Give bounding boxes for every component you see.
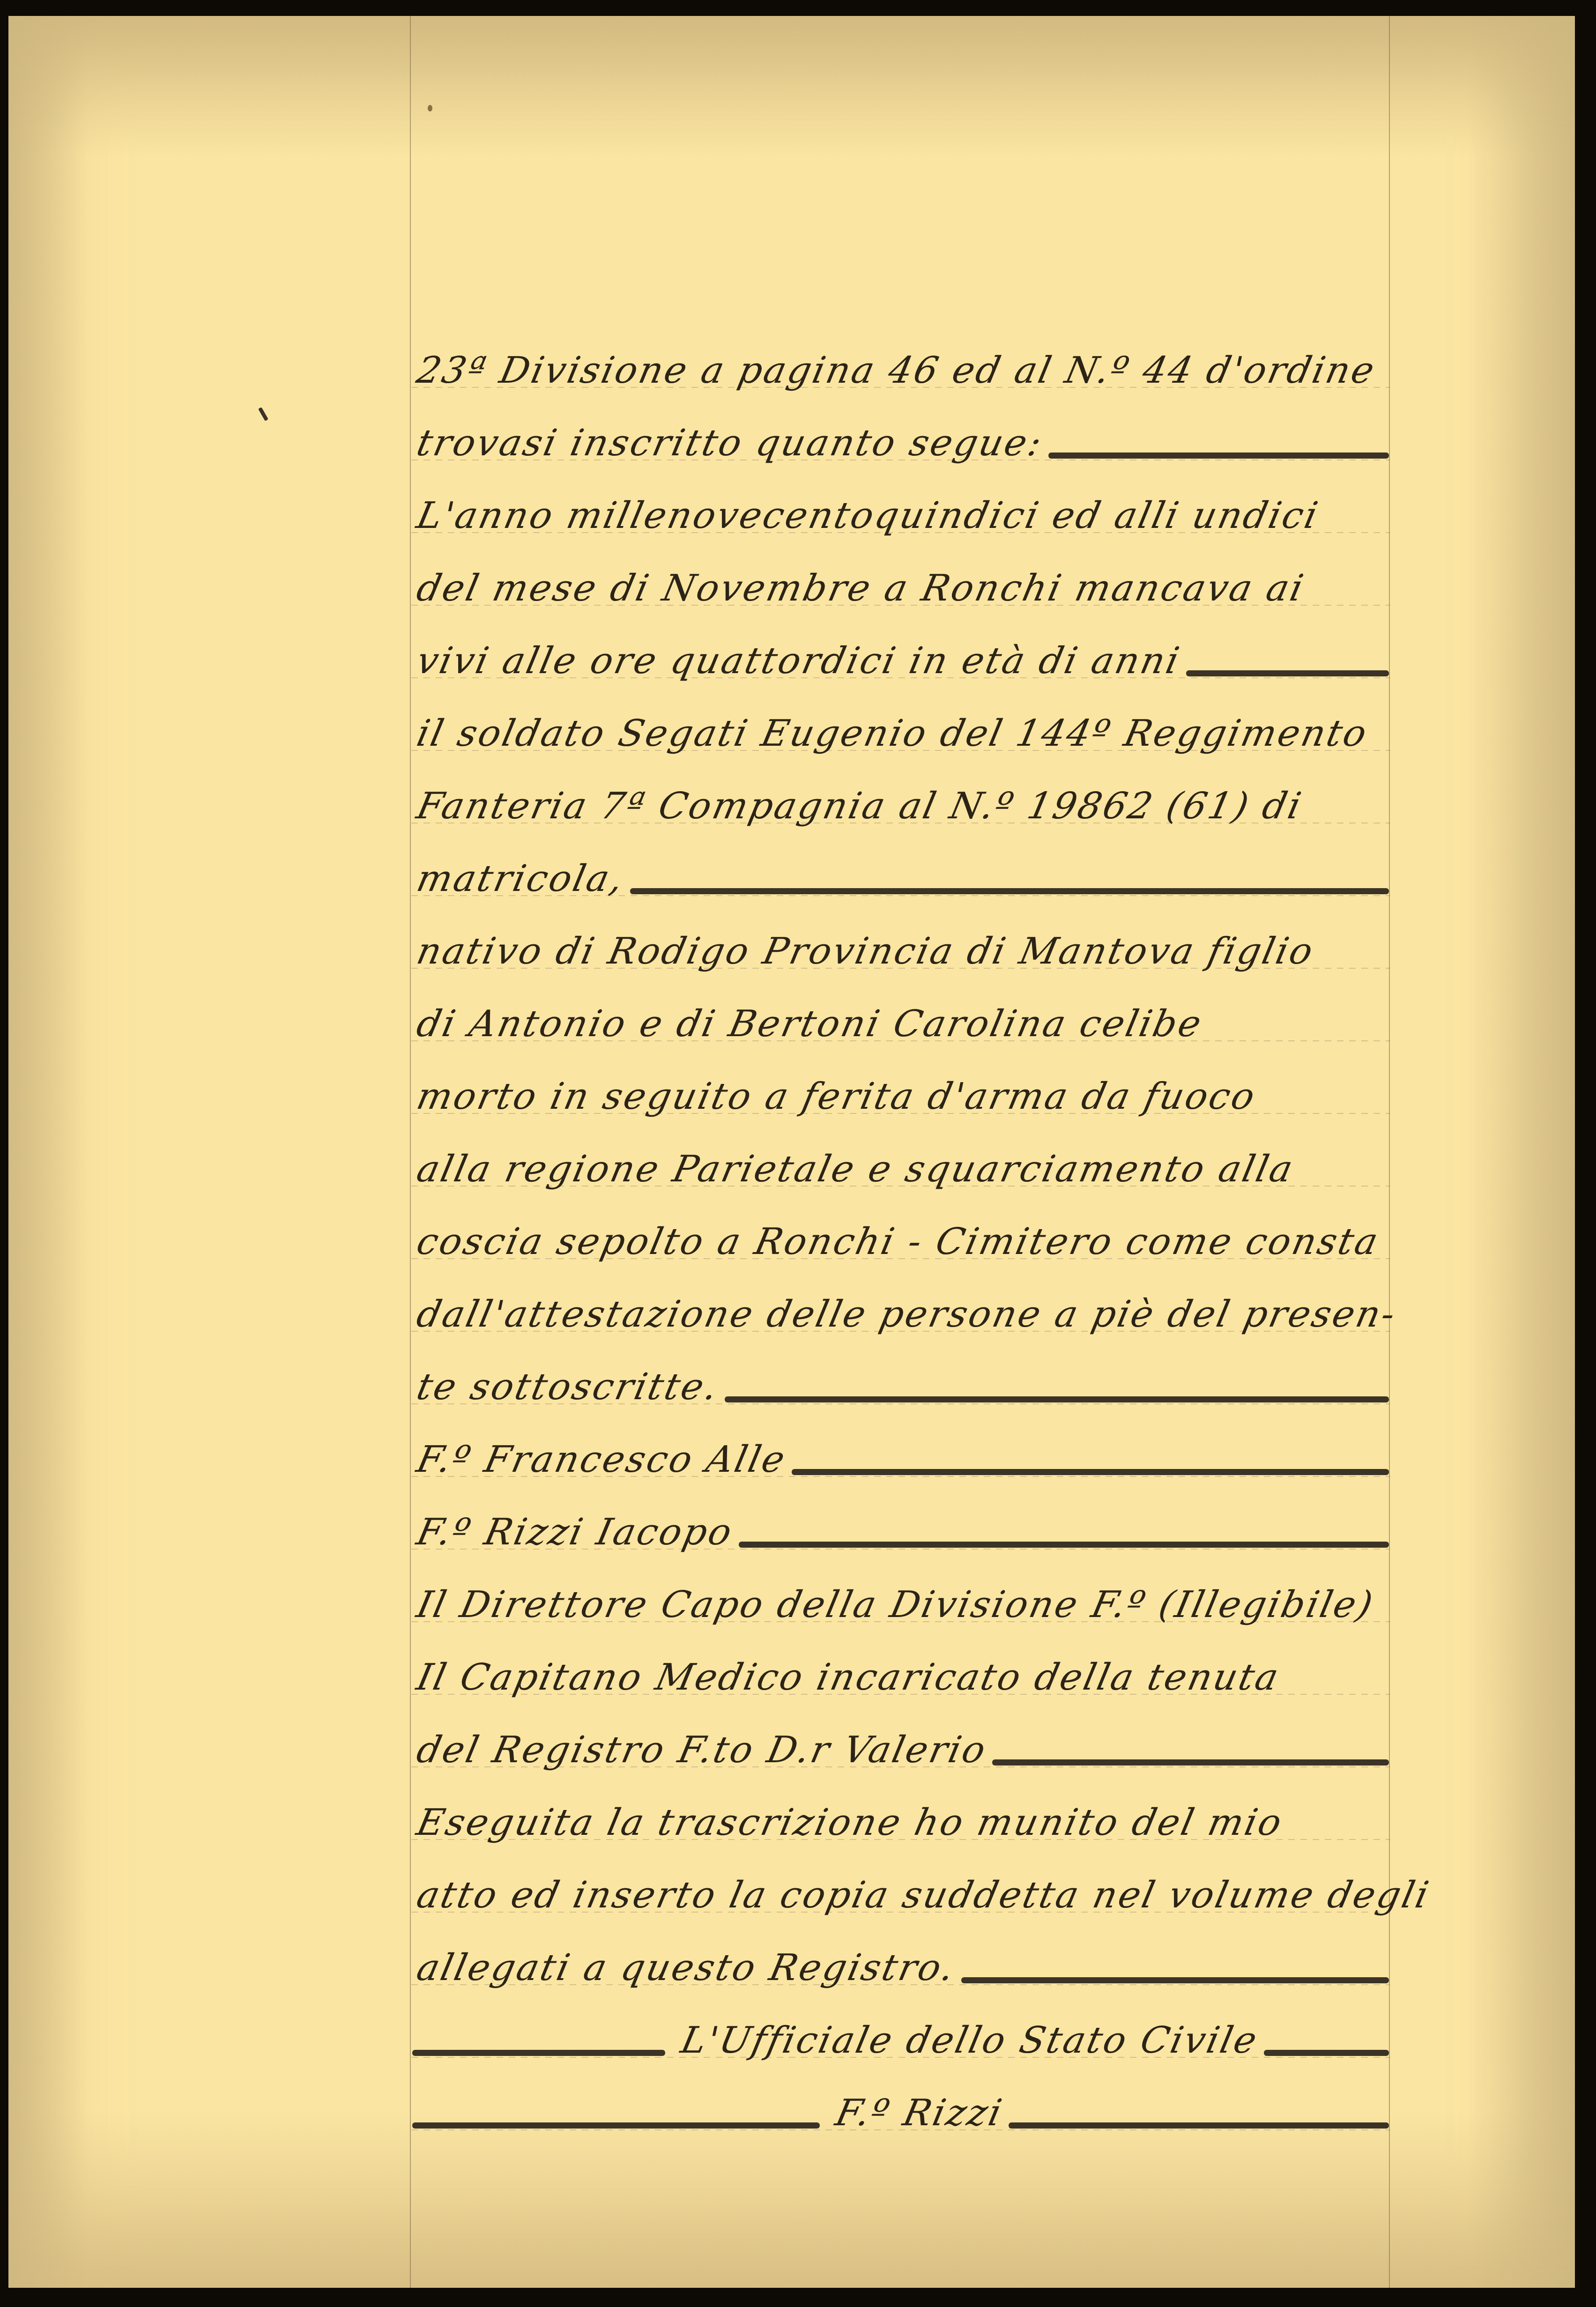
officer-signature: F.º Rizzi — [831, 2092, 1007, 2138]
fill-dash — [1264, 2050, 1389, 2056]
fill-dash — [412, 2122, 820, 2129]
line-text: coscia sepolto a Ronchi - Cimitero come … — [412, 1221, 1383, 1267]
text-line: nativo di Rodigo Provincia di Mantova fi… — [412, 906, 1389, 976]
line-text: Fanteria 7ª Compagnia al N.º 19862 (61) … — [412, 785, 1306, 831]
signature-title-line: L'Ufficiale dello Stato Civile — [412, 1995, 1389, 2065]
fill-dash — [739, 1542, 1389, 1548]
right-margin-rule — [1389, 16, 1390, 2288]
fill-dash — [1048, 452, 1389, 459]
aging-stain-right — [1467, 16, 1575, 2288]
text-line: Fanteria 7ª Compagnia al N.º 19862 (61) … — [412, 761, 1389, 831]
text-line: trovasi inscritto quanto segue: — [412, 398, 1389, 468]
text-line: Il Direttore Capo della Divisione F.º (I… — [412, 1559, 1389, 1630]
line-text: atto ed inserto la copia suddetta nel vo… — [412, 1874, 1434, 1920]
line-text: 23ª Divisione a pagina 46 ed al N.º 44 d… — [412, 349, 1380, 395]
fill-dash — [412, 2050, 665, 2056]
line-text: te sottoscritte. — [412, 1366, 723, 1412]
text-line: coscia sepolto a Ronchi - Cimitero come … — [412, 1196, 1389, 1267]
text-line: allegati a questo Registro. — [412, 1922, 1389, 1993]
text-line: 23ª Divisione a pagina 46 ed al N.º 44 d… — [412, 325, 1389, 395]
line-text: L'anno millenovecentoquindici ed alli un… — [412, 495, 1323, 541]
fill-dash — [1009, 2122, 1389, 2129]
line-text: allegati a questo Registro. — [412, 1947, 959, 1993]
text-line: te sottoscritte. — [412, 1342, 1389, 1412]
text-line: morto in seguito a ferita d'arma da fuoc… — [412, 1051, 1389, 1121]
line-text: del mese di Novembre a Ronchi mancava ai — [412, 567, 1309, 613]
line-text: Il Capitano Medico incaricato della tenu… — [412, 1656, 1284, 1702]
text-line: L'anno millenovecentoquindici ed alli un… — [412, 470, 1389, 541]
line-text: nativo di Rodigo Provincia di Mantova fi… — [412, 930, 1318, 976]
officer-title: L'Ufficiale dello Stato Civile — [676, 2019, 1262, 2065]
line-text: morto in seguito a ferita d'arma da fuoc… — [412, 1076, 1260, 1121]
line-text: dall'attestazione delle persone a piè de… — [412, 1293, 1401, 1339]
aging-stain-left — [8, 16, 88, 2288]
fill-dash — [992, 1759, 1389, 1765]
line-text: F.º Rizzi Iacopo — [412, 1511, 737, 1557]
text-line: atto ed inserto la copia suddetta nel vo… — [412, 1850, 1389, 1920]
text-line: di Antonio e di Bertoni Carolina celibe — [412, 979, 1389, 1049]
aging-stain-top — [8, 16, 1575, 156]
text-line: vivi alle ore quattordici in età di anni — [412, 616, 1389, 686]
text-line: F.º Rizzi Iacopo — [412, 1487, 1389, 1557]
line-text: Eseguita la trascrizione ho munito del m… — [412, 1802, 1287, 1847]
fill-dash — [1186, 670, 1389, 676]
line-text: F.º Francesco Alle — [412, 1439, 790, 1484]
text-line: dall'attestazione delle persone a piè de… — [412, 1269, 1389, 1339]
line-text: Il Direttore Capo della Divisione F.º (I… — [412, 1584, 1378, 1630]
ink-speck — [428, 105, 432, 111]
left-margin-rule — [410, 16, 411, 2288]
text-line: F.º Francesco Alle — [412, 1414, 1389, 1484]
text-line: Eseguita la trascrizione ho munito del m… — [412, 1777, 1389, 1847]
text-line: del mese di Novembre a Ronchi mancava ai — [412, 543, 1389, 613]
line-text: alla regione Parietale e squarciamento a… — [412, 1148, 1298, 1194]
ink-mark — [258, 407, 268, 421]
line-text: del Registro F.to D.r Valerio — [412, 1729, 991, 1775]
line-text: trovasi inscritto quanto segue: — [412, 422, 1047, 468]
fill-dash — [961, 1977, 1389, 1983]
line-text: matricola, — [412, 858, 629, 904]
text-line: alla regione Parietale e squarciamento a… — [412, 1124, 1389, 1194]
signature-line: F.º Rizzi — [412, 2068, 1389, 2138]
line-text: di Antonio e di Bertoni Carolina celibe — [412, 1003, 1207, 1049]
text-line: del Registro F.to D.r Valerio — [412, 1705, 1389, 1775]
fill-dash — [630, 888, 1389, 894]
text-line: il soldato Segati Eugenio del 144º Reggi… — [412, 688, 1389, 758]
fill-dash — [792, 1469, 1389, 1475]
text-line: Il Capitano Medico incaricato della tenu… — [412, 1632, 1389, 1702]
line-text: il soldato Segati Eugenio del 144º Reggi… — [412, 712, 1372, 758]
document-page: 23ª Divisione a pagina 46 ed al N.º 44 d… — [8, 16, 1575, 2288]
text-line: matricola, — [412, 833, 1389, 904]
fill-dash — [725, 1396, 1389, 1402]
line-text: vivi alle ore quattordici in età di anni — [412, 640, 1184, 686]
